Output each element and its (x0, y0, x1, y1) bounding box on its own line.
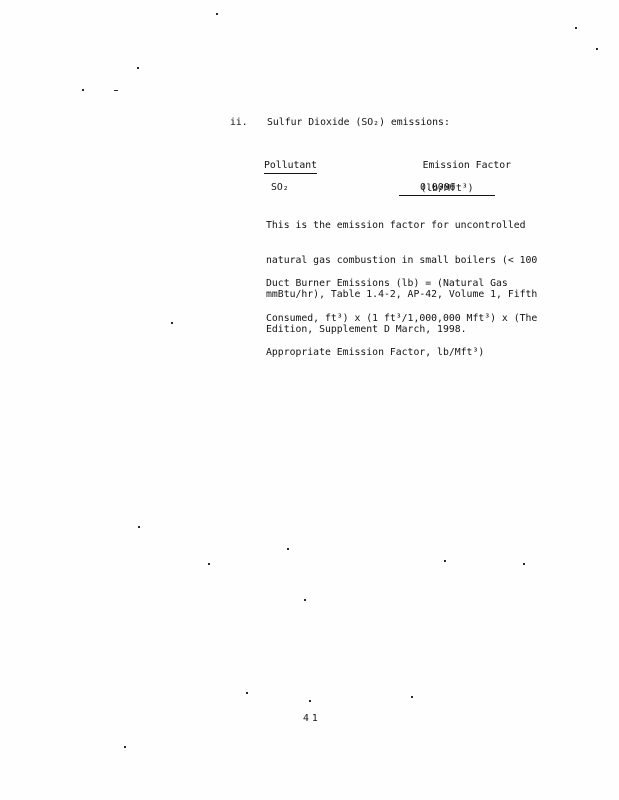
scan-speck (216, 13, 218, 15)
scan-speck (596, 48, 598, 50)
list-item-marker: ii. (230, 117, 248, 129)
scan-speck (138, 526, 140, 528)
scan-speck (124, 746, 126, 748)
formula-line: Appropriate Emission Factor, lb/Mft³) (266, 347, 537, 359)
formula-paragraph: Duct Burner Emissions (lb) = (Natural Ga… (266, 255, 537, 382)
formula-line: Consumed, ft³) x (1 ft³/1,000,000 Mft³) … (266, 313, 537, 325)
scan-speck (246, 692, 248, 694)
pollutant-cell: SO₂ (271, 182, 289, 194)
scan-speck (523, 563, 525, 565)
page-number: 41 (303, 713, 321, 725)
formula-line: Duct Burner Emissions (lb) = (Natural Ga… (266, 278, 537, 290)
document-page: ii. Sulfur Dioxide (SO₂) emissions: Emis… (0, 0, 619, 800)
scan-speck (444, 560, 446, 562)
scan-speck (82, 89, 84, 91)
scan-speck (171, 322, 173, 324)
table-pollutant-header: Pollutant (264, 160, 317, 174)
scan-speck (287, 548, 289, 550)
scan-speck (309, 700, 311, 702)
scan-speck (411, 696, 413, 698)
scan-speck (575, 27, 577, 29)
scan-speck (304, 599, 306, 601)
scan-speck (114, 90, 118, 91)
scan-speck (208, 563, 210, 565)
factor-value-cell: 0.0006 (420, 182, 455, 194)
scan-speck (137, 67, 139, 69)
table-factor-header-title: Emission Factor (423, 160, 511, 171)
section-heading: Sulfur Dioxide (SO₂) emissions: (267, 117, 450, 129)
note-line: This is the emission factor for uncontro… (266, 220, 537, 232)
